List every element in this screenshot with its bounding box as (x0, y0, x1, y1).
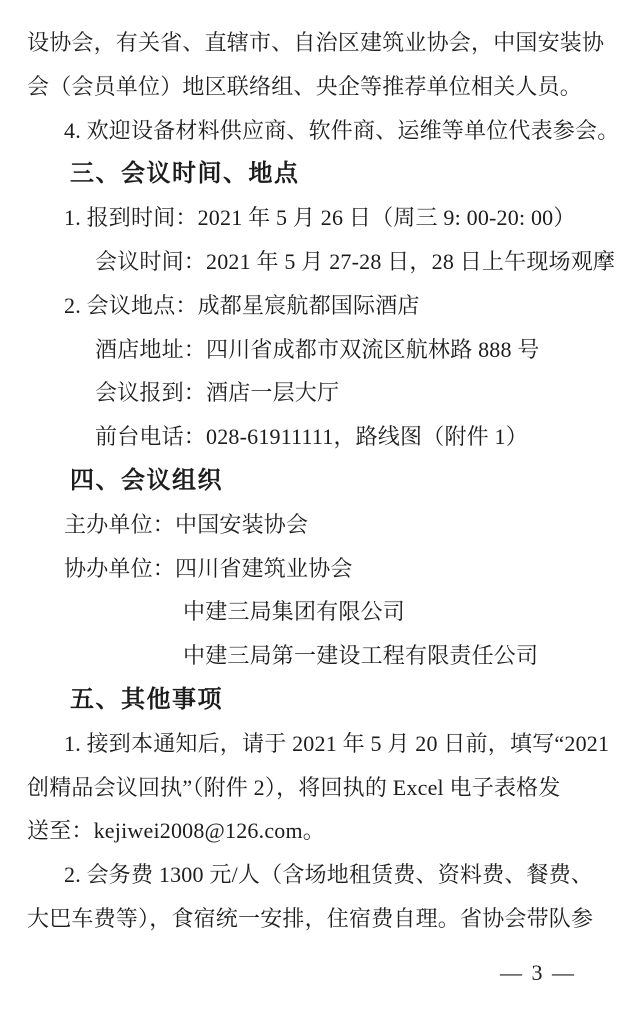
host-unit-line: 主办单位：中国安装协会 (64, 503, 592, 547)
meeting-checkin-line: 会议报到：酒店一层大厅 (95, 371, 592, 415)
hotel-address-line: 酒店地址：四川省成都市双流区航林路 888 号 (95, 328, 592, 372)
section-heading-time-place: 三、会议时间、地点 (70, 152, 592, 196)
co-host-unit-line: 中建三局第一建设工程有限责任公司 (183, 634, 592, 678)
document-page: 设协会，有关省、直辖市、自治区建筑业协会，中国安装协 会（会员单位）地区联络组、… (0, 0, 620, 1014)
co-host-unit-line: 中建三局集团有限公司 (183, 590, 592, 634)
intro-paragraph-line: 设协会，有关省、直辖市、自治区建筑业协会，中国安装协 (27, 21, 592, 65)
page-number: — 3 — (500, 960, 576, 986)
section-heading-other: 五、其他事项 (70, 678, 592, 722)
section-heading-organization: 四、会议组织 (70, 459, 592, 503)
front-desk-phone-line: 前台电话：028-61911111，路线图（附件 1） (95, 415, 592, 459)
intro-item-4: 4. 欢迎设备材料供应商、软件商、运维等单位代表参会。 (64, 109, 592, 153)
other-item2-line: 2. 会务费 1300 元/人（含场地租赁费、资料费、餐费、 (64, 853, 592, 897)
meeting-time-line: 会议时间：2021 年 5 月 27-28 日，28 日上午现场观摩 (95, 240, 592, 284)
registration-time-line: 1. 报到时间：2021 年 5 月 26 日（周三 9: 00-20: 00） (64, 196, 592, 240)
other-item1-line: 1. 接到本通知后，请于 2021 年 5 月 20 日前，填写“2021 (64, 722, 592, 766)
intro-paragraph-line: 会（会员单位）地区联络组、央企等推荐单位相关人员。 (27, 65, 592, 109)
co-host-unit-line: 协办单位：四川省建筑业协会 (64, 547, 592, 591)
other-item1-line: 创精品会议回执”（附件 2），将回执的 Excel 电子表格发 (27, 766, 592, 810)
meeting-place-line: 2. 会议地点：成都星宸航都国际酒店 (64, 284, 592, 328)
other-item1-line: 送至：kejiwei2008@126.com。 (27, 809, 592, 853)
other-item2-line: 大巴车费等），食宿统一安排，住宿费自理。省协会带队参 (27, 897, 592, 941)
